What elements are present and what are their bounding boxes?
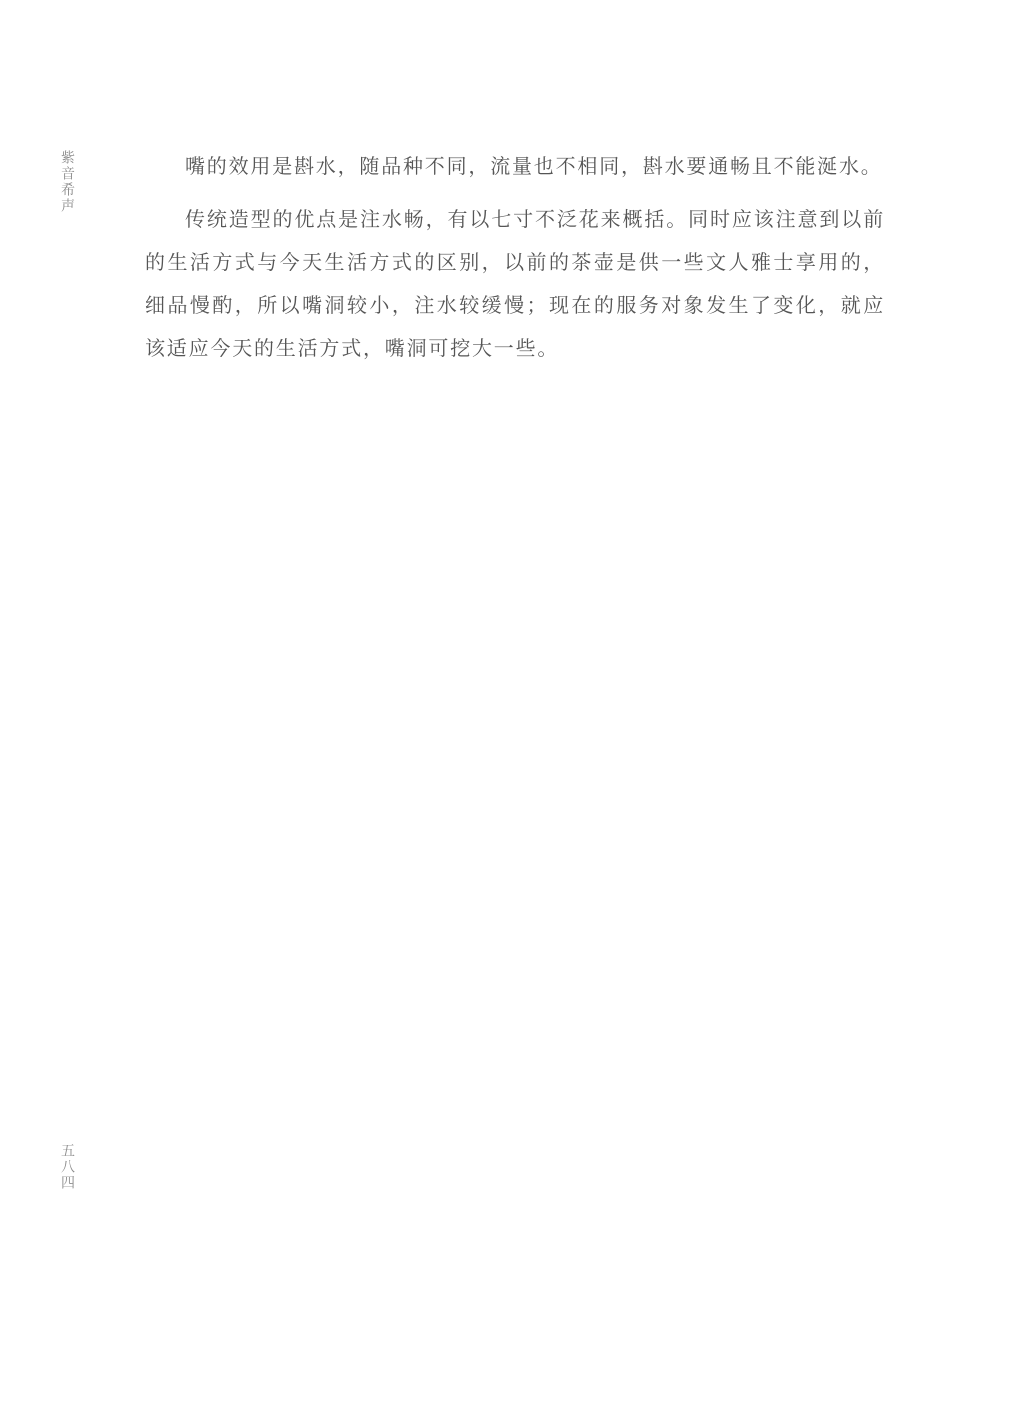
body-text: 嘴的效用是斟水，随品种不同，流量也不相同，斟水要通畅且不能涎水。 传统造型的优点… bbox=[145, 145, 885, 380]
paragraph-spout-function: 嘴的效用是斟水，随品种不同，流量也不相同，斟水要通畅且不能涎水。 bbox=[145, 145, 885, 188]
paragraph-traditional-design: 传统造型的优点是注水畅，有以七寸不泛花来概括。同时应该注意到以前的生活方式与今天… bbox=[145, 198, 885, 370]
running-head-title: 紫音希声 bbox=[60, 150, 78, 214]
page-number: 五八四 bbox=[60, 1143, 78, 1191]
